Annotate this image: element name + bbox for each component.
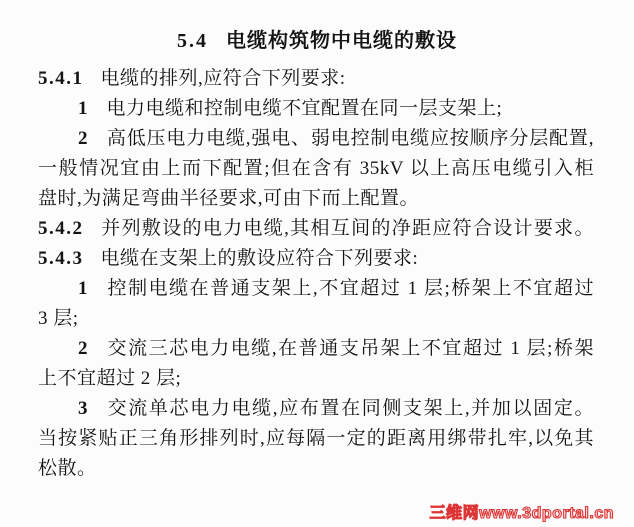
- continuation-line: 一般情况宜由上而下配置;但在含有 35kV 以上高压电缆引入柜: [38, 154, 594, 184]
- line-text: 上不宜超过 2 层;: [38, 368, 181, 389]
- clause-5-4-1: 5.4.1电缆的排列,应符合下列要求:: [38, 64, 594, 94]
- list-item-1: 1电力电缆和控制电缆不宜配置在同一层支架上;: [38, 94, 594, 124]
- clause-text: 电缆的排列,应符合下列要求:: [101, 68, 346, 89]
- continuation-line: 松散。: [38, 454, 594, 484]
- line-text: 当按紧贴正三角形排列时,应每隔一定的距离用绑带扎牢,以免其: [38, 428, 594, 449]
- list-item-2: 2高低压电力电缆,强电、弱电控制电缆应按顺序分层配置,: [38, 124, 594, 154]
- list-item-1: 1控制电缆在普通支架上,不宜超过 1 层;桥架上不宜超过: [38, 274, 594, 304]
- line-text: 盘时,为满足弯曲半径要求,可由下而上配置。: [38, 188, 419, 209]
- clause-5-4-2: 5.4.2并列敷设的电力电缆,其相互间的净距应符合设计要求。: [38, 214, 594, 244]
- line-text: 一般情况宜由上而下配置;但在含有 35kV 以上高压电缆引入柜: [38, 158, 594, 179]
- document-body: 5.4.1电缆的排列,应符合下列要求: 1电力电缆和控制电缆不宜配置在同一层支架…: [38, 64, 594, 484]
- item-number: 2: [78, 128, 88, 149]
- continuation-line: 3 层;: [38, 304, 594, 334]
- document-page: 5.4电缆构筑物中电缆的敷设 5.4.1电缆的排列,应符合下列要求: 1电力电缆…: [0, 0, 634, 527]
- clause-text: 电缆在支架上的敷设应符合下列要求:: [101, 248, 419, 269]
- item-text: 交流三芯电力电缆,在普通支吊架上不宜超过 1 层;桥架: [107, 338, 595, 359]
- list-item-2: 2交流三芯电力电缆,在普通支吊架上不宜超过 1 层;桥架: [38, 334, 594, 364]
- item-text: 高低压电力电缆,强电、弱电控制电缆应按顺序分层配置,: [107, 128, 595, 149]
- section-heading-text: 电缆构筑物中电缆的敷设: [226, 30, 457, 52]
- line-text: 松散。: [38, 458, 97, 479]
- section-heading: 5.4电缆构筑物中电缆的敷设: [0, 24, 634, 53]
- item-number: 2: [78, 338, 88, 359]
- clause-text: 并列敷设的电力电缆,其相互间的净距应符合设计要求。: [101, 218, 595, 239]
- clause-5-4-3: 5.4.3电缆在支架上的敷设应符合下列要求:: [38, 244, 594, 274]
- clause-number: 5.4.2: [38, 218, 84, 239]
- clause-number: 5.4.3: [38, 248, 84, 269]
- line-text: 3 层;: [38, 308, 79, 329]
- item-text: 电力电缆和控制电缆不宜配置在同一层支架上;: [107, 98, 503, 119]
- item-text: 交流单芯电力电缆,应布置在同侧支架上,并加以固定。: [107, 398, 595, 419]
- watermark: 三维网www.3dportal.cn: [430, 500, 614, 523]
- continuation-line: 上不宜超过 2 层;: [38, 364, 594, 394]
- continuation-line: 当按紧贴正三角形排列时,应每隔一定的距离用绑带扎牢,以免其: [38, 424, 594, 454]
- item-number: 1: [78, 278, 88, 299]
- continuation-line: 盘时,为满足弯曲半径要求,可由下而上配置。: [38, 184, 594, 214]
- section-number: 5.4: [177, 30, 208, 52]
- list-item-3: 3交流单芯电力电缆,应布置在同侧支架上,并加以固定。: [38, 394, 594, 424]
- item-number: 3: [78, 398, 88, 419]
- clause-number: 5.4.1: [38, 68, 84, 89]
- item-number: 1: [78, 98, 88, 119]
- item-text: 控制电缆在普通支架上,不宜超过 1 层;桥架上不宜超过: [107, 278, 595, 299]
